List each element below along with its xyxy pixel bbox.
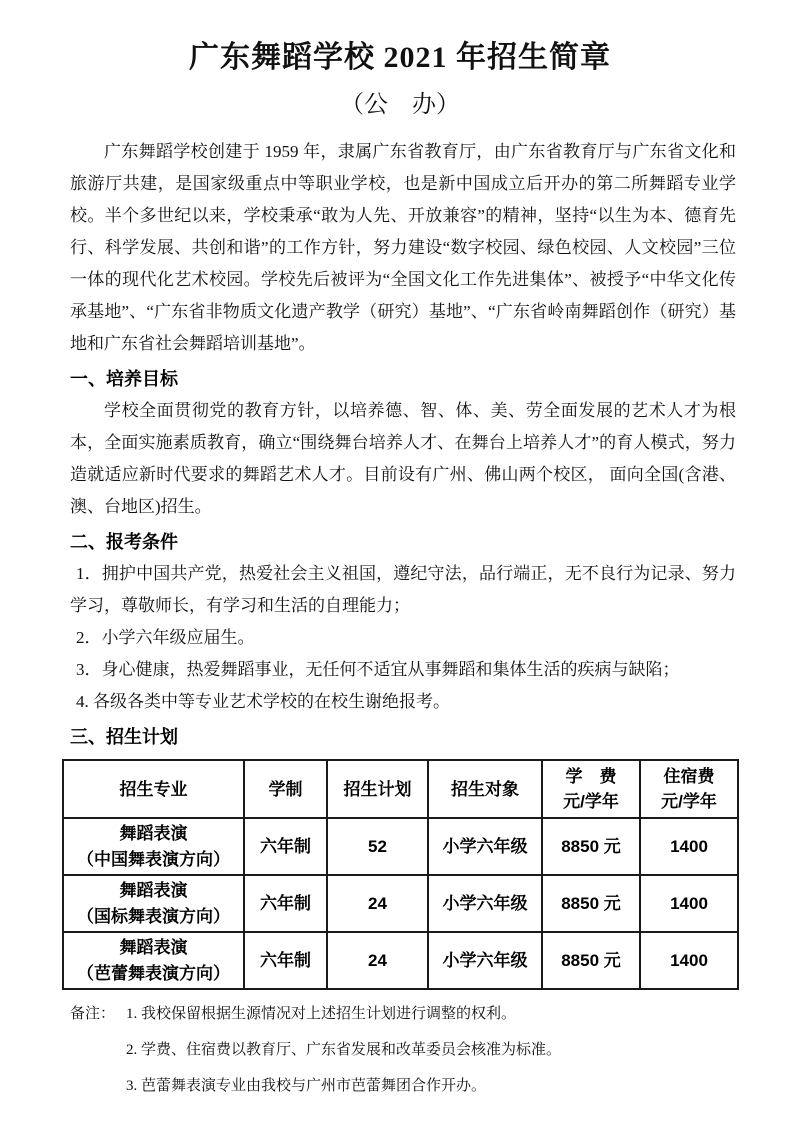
cell-tuition: 8850 元 (542, 818, 640, 875)
cell-target: 小学六年级 (428, 875, 542, 932)
header-duration: 学制 (244, 760, 327, 818)
requirement-item-3: 3．身心健康，热爱舞蹈事业，无任何不适宜从事舞蹈和集体生活的疾病与缺陷； (70, 654, 736, 686)
cell-major: 舞蹈表演 （中国舞表演方向） (63, 818, 244, 875)
header-dorm-fee: 住宿费 元/学年 (640, 760, 738, 818)
cell-major: 舞蹈表演 （芭蕾舞表演方向） (63, 932, 244, 989)
cell-plan: 24 (327, 875, 428, 932)
requirement-item-2: 2．小学六年级应届生。 (70, 622, 736, 654)
table-row: 舞蹈表演 （芭蕾舞表演方向） 六年制 24 小学六年级 8850 元 1400 (63, 932, 738, 989)
cell-duration: 六年制 (244, 932, 327, 989)
header-major: 招生专业 (63, 760, 244, 818)
table-row: 舞蹈表演 （中国舞表演方向） 六年制 52 小学六年级 8850 元 1400 (63, 818, 738, 875)
table-row: 舞蹈表演 （国标舞表演方向） 六年制 24 小学六年级 8850 元 1400 (63, 875, 738, 932)
remarks-label: 备注： (70, 1004, 126, 1112)
cell-duration: 六年制 (244, 875, 327, 932)
document-body: 广东舞蹈学校创建于 1959 年，隶属广东省教育厅，由广东省教育厅与广东省文化和… (0, 136, 800, 1112)
section-heading-application-requirements: 二、报考条件 (70, 527, 736, 558)
header-target: 招生对象 (428, 760, 542, 818)
section-heading-enrollment-plan: 三、招生计划 (70, 722, 736, 753)
cell-plan: 24 (327, 932, 428, 989)
cell-dorm-fee: 1400 (640, 875, 738, 932)
cell-target: 小学六年级 (428, 932, 542, 989)
requirement-item-4: 4. 各级各类中等专业艺术学校的在校生谢绝报考。 (70, 686, 736, 718)
cell-tuition: 8850 元 (542, 932, 640, 989)
page-subtitle: （公 办） (0, 90, 800, 120)
header-plan: 招生计划 (327, 760, 428, 818)
intro-paragraph: 广东舞蹈学校创建于 1959 年，隶属广东省教育厅，由广东省教育厅与广东省文化和… (70, 136, 736, 360)
cell-dorm-fee: 1400 (640, 818, 738, 875)
cell-duration: 六年制 (244, 818, 327, 875)
page-title: 广东舞蹈学校 2021 年招生简章 (0, 0, 800, 76)
remark-item-3: 3. 芭蕾舞表演专业由我校与广州市芭蕾舞团合作开办。 (126, 1076, 736, 1097)
cell-dorm-fee: 1400 (640, 932, 738, 989)
header-tuition: 学 费 元/学年 (542, 760, 640, 818)
cell-target: 小学六年级 (428, 818, 542, 875)
requirement-item-1: 1．拥护中国共产党，热爱社会主义祖国，遵纪守法，品行端正，无不良行为记录、努力学… (70, 558, 736, 622)
document-page: 广东舞蹈学校 2021 年招生简章 （公 办） 广东舞蹈学校创建于 1959 年… (0, 0, 800, 1131)
remark-item-1: 1. 我校保留根据生源情况对上述招生计划进行调整的权利。 (126, 1004, 736, 1025)
training-goal-paragraph: 学校全面贯彻党的教育方针，以培养德、智、体、美、劳全面发展的艺术人才为根本，全面… (70, 395, 736, 523)
remarks-block: 备注： 1. 我校保留根据生源情况对上述招生计划进行调整的权利。 2. 学费、住… (70, 1004, 736, 1112)
remarks-list: 1. 我校保留根据生源情况对上述招生计划进行调整的权利。 2. 学费、住宿费以教… (126, 1004, 736, 1112)
section-heading-training-goal: 一、培养目标 (70, 364, 736, 395)
remark-item-2: 2. 学费、住宿费以教育厅、广东省发展和改革委员会核准为标准。 (126, 1040, 736, 1061)
table-header-row: 招生专业 学制 招生计划 招生对象 学 费 元/学年 住宿费 元/学年 (63, 760, 738, 818)
cell-major: 舞蹈表演 （国标舞表演方向） (63, 875, 244, 932)
cell-tuition: 8850 元 (542, 875, 640, 932)
enrollment-plan-table: 招生专业 学制 招生计划 招生对象 学 费 元/学年 住宿费 元/学年 舞蹈表演… (62, 759, 739, 990)
cell-plan: 52 (327, 818, 428, 875)
